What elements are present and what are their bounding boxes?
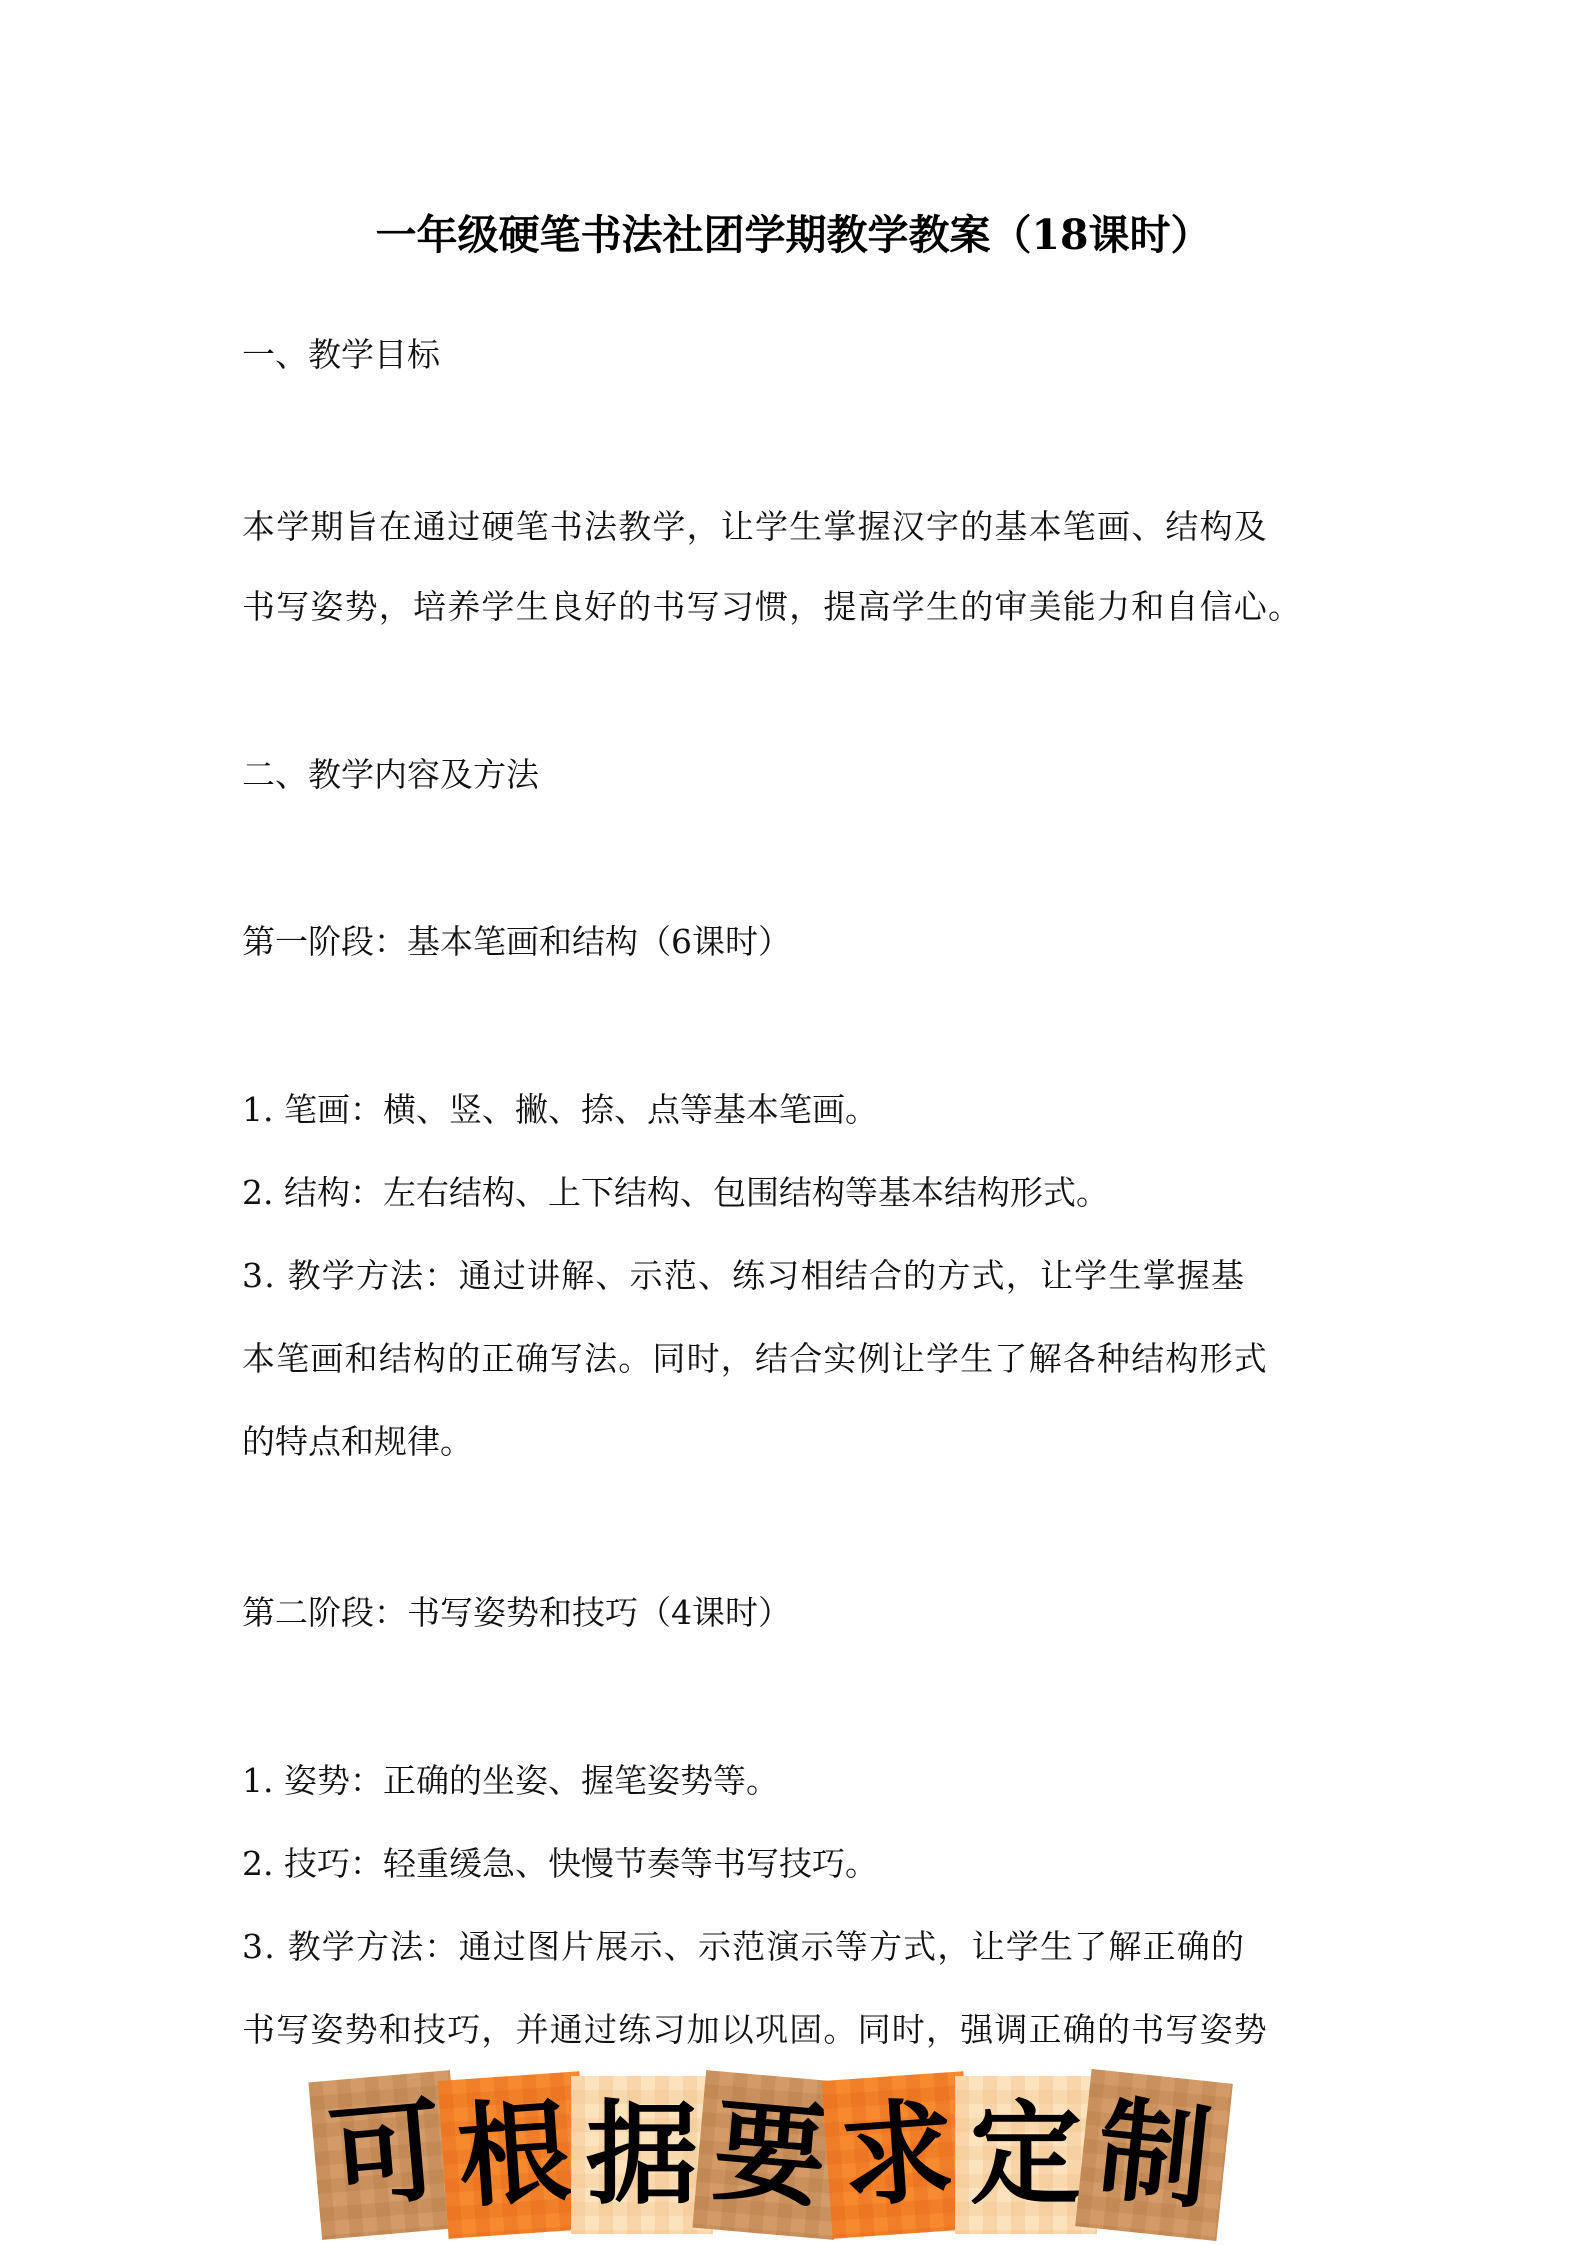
list-item: 2. 技巧：轻重缓急、快慢节奏等书写技巧。: [242, 1839, 1362, 1889]
banner-char: 据: [586, 2099, 698, 2211]
section-heading-content-methods: 二、教学内容及方法: [242, 750, 1362, 800]
banner-char: 可: [325, 2094, 446, 2215]
paragraph-line: 书写姿势，培养学生良好的书写习惯，提高学生的审美能力和自信心。: [242, 582, 1362, 632]
stage-heading-1: 第一阶段：基本笔画和结构（6课时）: [242, 917, 1362, 967]
section-heading-objectives: 一、教学目标: [242, 330, 1362, 380]
banner-tile: 求: [822, 2071, 975, 2239]
banner-tile: 制: [1075, 2069, 1233, 2241]
list-item: 3. 教学方法：通过图片展示、示范演示等方式，让学生了解正确的: [242, 1922, 1362, 1972]
list-item: 3. 教学方法：通过讲解、示范、练习相结合的方式，让学生掌握基: [242, 1251, 1362, 1301]
banner-char: 制: [1092, 2093, 1215, 2216]
list-item-continuation: 的特点和规律。: [242, 1417, 1362, 1467]
banner-char: 要: [709, 2094, 830, 2215]
list-item-continuation: 本笔画和结构的正确写法。同时，结合实例让学生了解各种结构形式: [242, 1334, 1362, 1384]
stage-heading-2: 第二阶段：书写姿势和技巧（4课时）: [242, 1588, 1362, 1638]
document-title: 一年级硬笔书法社团学期教学教案（18课时）: [0, 205, 1587, 265]
document-page: 一年级硬笔书法社团学期教学教案（18课时） 一、教学目标 本学期旨在通过硬笔书法…: [0, 0, 1587, 2245]
list-item: 1. 笔画：横、竖、撇、捺、点等基本笔画。: [242, 1085, 1362, 1135]
list-item-continuation: 书写姿势和技巧，并通过练习加以巩固。同时，强调正确的书写姿势: [242, 2005, 1362, 2055]
custom-order-banner: 可 根 据 要 求 定 制: [315, 2068, 1235, 2243]
banner-char: 求: [838, 2095, 958, 2215]
banner-char: 根: [454, 2095, 574, 2215]
banner-tile: 定: [955, 2076, 1097, 2234]
banner-char: 定: [970, 2099, 1082, 2211]
banner-tile: 根: [438, 2071, 591, 2239]
list-item: 1. 姿势：正确的坐姿、握笔姿势等。: [242, 1756, 1362, 1806]
paragraph-line: 本学期旨在通过硬笔书法教学，让学生掌握汉字的基本笔画、结构及: [242, 502, 1362, 552]
list-item: 2. 结构：左右结构、上下结构、包围结构等基本结构形式。: [242, 1168, 1362, 1218]
banner-tile: 据: [571, 2076, 713, 2234]
